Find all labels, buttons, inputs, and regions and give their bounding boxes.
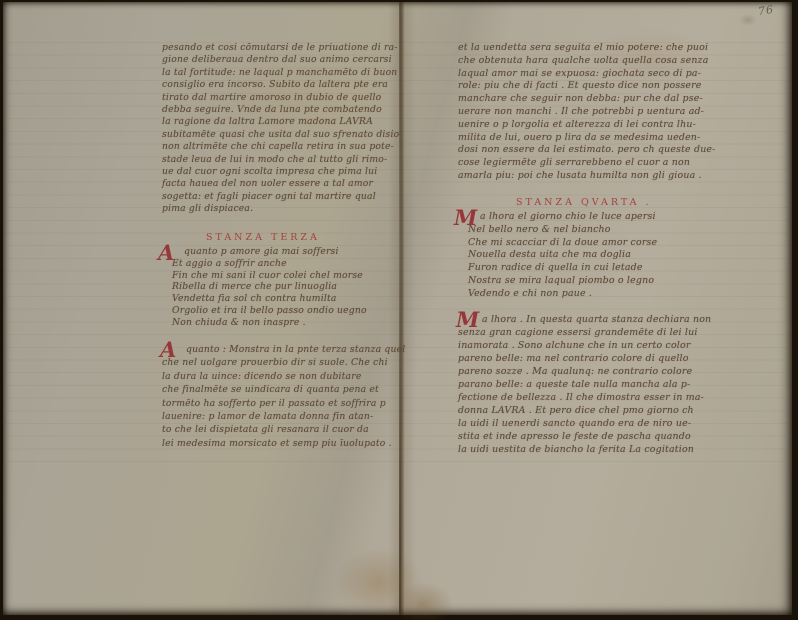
verse-lines: a lhora el giorno chio le luce apersiNel…: [468, 211, 748, 301]
text-line: non altrimēte che chi capella retira in …: [162, 141, 412, 153]
text-line: la ragione da laltra Lamore madona LAVRA: [162, 116, 412, 128]
left-page-text-column: pesando et cosi cōmutarsi de le priuatio…: [162, 42, 412, 450]
stanza-quarta-commentary: M a lhora . In questa quarta stanza dech…: [458, 313, 748, 456]
right-prose-paragraph: et la uendetta sera seguita el mio poter…: [458, 42, 748, 183]
text-line: stade leua de lui in modo che al tutto g…: [162, 154, 412, 166]
text-line: ue dal cuor ogni scolta impresa che pima…: [162, 166, 412, 178]
text-line: dosi non essere da lei estimato. pero ch…: [458, 144, 748, 157]
text-line: milita de lui, ouero p lira da se medesi…: [458, 132, 748, 145]
text-line: lei medesima morsicato et semp piu īuolu…: [162, 437, 412, 450]
text-line: cose legiermēte gli serrarebbeno el cuor…: [458, 157, 748, 170]
right-page-text-column: et la uendetta sera seguita el mio poter…: [458, 42, 748, 456]
text-line: pima gli dispiacea.: [162, 203, 412, 215]
text-line: Vedendo e chi non paue .: [468, 288, 748, 301]
text-line: che nel uolgare prouerbio dir si suole. …: [162, 356, 412, 369]
text-line: a lhora . In questa quarta stanza dechia…: [458, 313, 748, 326]
pencil-smudge: [739, 14, 757, 26]
text-line: facta hauea del non uoler essere a tal a…: [162, 178, 412, 190]
text-line: lauenire: p lamor de lamata donna fin at…: [162, 410, 412, 423]
text-line: pesando et cosi cōmutarsi de le priuatio…: [162, 42, 412, 54]
text-line: laqual amor mai se expuosa: giochata sec…: [458, 68, 748, 81]
text-line: subitamēte quasi che usita dal suo sfren…: [162, 129, 412, 141]
illuminated-initial-M: M: [454, 208, 477, 228]
illuminated-initial-A: A: [158, 243, 174, 263]
verse-lines: quanto p amore gia mai soffersiEt aggio …: [172, 246, 412, 329]
text-line: Orgolio et ira il bello passo ondio uegn…: [172, 305, 412, 317]
text-line: manchare che seguir non debba: pur che d…: [458, 93, 748, 106]
stanza-terza-heading: STANZA TERZA: [206, 232, 412, 243]
text-line: tirato dal martire amoroso in dubio de q…: [162, 92, 412, 104]
text-line: la uidi il uenerdi sancto quando era de …: [458, 417, 748, 430]
text-line: quanto : Monstra in la pnte terza stanza…: [162, 343, 412, 356]
folio-number: 76: [757, 3, 775, 18]
text-line: che obtenuta hara qualche uolta quella c…: [458, 55, 748, 68]
left-prose-paragraph: pesando et cosi cōmutarsi de le priuatio…: [162, 42, 412, 216]
text-line: Ribella di merce che pur linuoglia: [172, 281, 412, 293]
text-line: uerare non manchi . Il che potrebbi p ue…: [458, 106, 748, 119]
text-line: fectione de bellezza . Il che dimostra e…: [458, 391, 748, 404]
text-line: pareno belle: ma nel contrario colore di…: [458, 352, 748, 365]
text-line: amarla piu: poi che lusata humilta non g…: [458, 170, 748, 183]
stanza-terza-commentary: A quanto : Monstra in la pnte terza stan…: [162, 343, 412, 450]
text-line: consiglio era incorso. Subito da laltera…: [162, 79, 412, 91]
text-line: Nouella desta uita che ma doglia: [468, 249, 748, 262]
text-line: quanto p amore gia mai soffersi: [172, 246, 412, 258]
text-line: Nostra se mira laqual piombo o legno: [468, 275, 748, 288]
stanza-quarta-verse: M a lhora el giorno chio le luce apersiN…: [468, 211, 748, 301]
text-line: gione deliberaua dentro dal suo animo ce…: [162, 54, 412, 66]
text-line: Che mi scacciar di la doue amor corse: [468, 237, 748, 250]
text-line: Nel bello nero & nel biancho: [468, 224, 748, 237]
text-line: che finalmēte se uindicara di quanta pen…: [162, 383, 412, 396]
text-line: a lhora el giorno chio le luce apersi: [468, 211, 748, 224]
text-line: Vendetta fia sol ch contra humilta: [172, 293, 412, 305]
commentary-initial-A: A: [160, 340, 176, 360]
text-line: Et aggio a soffrir anche: [172, 258, 412, 270]
commentary-lines: a lhora . In questa quarta stanza dechia…: [458, 313, 748, 456]
text-line: stita et inde apresso le feste de pascha…: [458, 430, 748, 443]
text-line: la uidi uestita de biancho la ferita La …: [458, 443, 748, 456]
text-line: pareno sozze . Ma qualunq: ne contrario …: [458, 365, 748, 378]
text-line: tormēto ha sofferto per il passato et so…: [162, 397, 412, 410]
text-line: la dura la uince: dicendo se non dubitar…: [162, 370, 412, 383]
text-line: la tal fortitude: ne laqual p manchamēto…: [162, 67, 412, 79]
text-line: senza gran cagione essersi grandemēte di…: [458, 326, 748, 339]
text-line: Furon radice di quella in cui letade: [468, 262, 748, 275]
text-line: Non chiuda & non inaspre .: [172, 317, 412, 329]
text-line: Fin che mi sani il cuor colei chel morse: [172, 270, 412, 282]
text-line: role: piu che di facti . Et questo dice …: [458, 80, 748, 93]
commentary-lines: quanto : Monstra in la pnte terza stanza…: [162, 343, 412, 450]
text-line: parano belle: a queste tale nulla mancha…: [458, 378, 748, 391]
manuscript-photo: { "document": { "type": "illuminated-man…: [0, 0, 798, 620]
text-line: debba seguire. Vnde da luna pte combaten…: [162, 104, 412, 116]
stanza-quarta-heading: STANZA QVARTA .: [516, 197, 748, 208]
text-line: uenire o p lorgolia et alterezza di lei …: [458, 119, 748, 132]
text-line: et la uendetta sera seguita el mio poter…: [458, 42, 748, 55]
stanza-terza-verse: A quanto p amore gia mai soffersiEt aggi…: [172, 246, 412, 329]
text-line: to che lei dispietata gli resanara il cu…: [162, 423, 412, 436]
text-line: inamorata . Sono alchune che in un certo…: [458, 339, 748, 352]
text-line: sogetta: et fagli piacer ogni tal martir…: [162, 191, 412, 203]
commentary-initial-M: M: [456, 310, 479, 330]
text-line: donna LAVRA . Et pero dice chel pmo gior…: [458, 404, 748, 417]
